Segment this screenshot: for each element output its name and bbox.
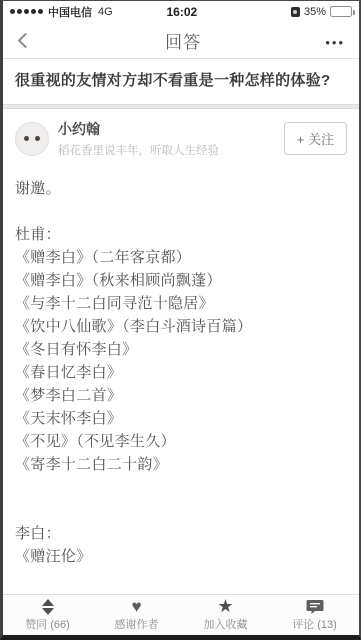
question-section: 很重视的友情对方却不看重是一种怎样的体验? <box>3 59 359 104</box>
status-bar: 中国电信 4G 16:02 35% <box>3 1 359 22</box>
bottom-action-bar: 赞同 (66) ♥ 感谢作者 ★ 加入收藏 评论 (13) <box>3 594 359 635</box>
comment-bubble-icon <box>306 598 324 615</box>
answer-line <box>15 499 347 522</box>
question-title[interactable]: 很重视的友情对方却不看重是一种怎样的体验? <box>15 71 347 91</box>
vote-updown-icon <box>42 598 54 615</box>
answer-line <box>15 200 347 223</box>
upvote-button[interactable]: 赞同 (66) <box>3 595 92 635</box>
more-options-button[interactable]: ••• <box>325 32 345 49</box>
back-button[interactable] <box>17 28 41 52</box>
chevron-left-icon <box>18 32 34 48</box>
signal-strength-icon <box>10 9 43 14</box>
answer-line: 谢邀。 <box>15 177 347 200</box>
answer-line: 《冬日有怀李白》 <box>15 338 347 361</box>
author-row: 小约翰 稻花香里说丰年，听取人生经验 + 关注 <box>3 109 359 167</box>
answer-line <box>15 476 347 499</box>
page-title: 回答 <box>165 28 201 53</box>
comments-label: 评论 (13) <box>292 616 337 632</box>
answer-line: 《赠李白》（二年客京都） <box>15 246 347 269</box>
orientation-lock-icon <box>291 7 300 17</box>
answer-line: 《春日忆李白》 <box>15 361 347 384</box>
nav-bar: 回答 ••• <box>3 22 359 59</box>
answer-body: 谢邀。杜甫：《赠李白》（二年客京都）《赠李白》（秋来相顾尚飘蓬）《与李十二白同寻… <box>3 167 359 594</box>
answer-line: 《与李十二白同寻范十隐居》 <box>15 292 347 315</box>
answer-line: 《天末怀李白》 <box>15 407 347 430</box>
upvote-label: 赞同 (66) <box>25 616 70 632</box>
add-favorite-button[interactable]: ★ 加入收藏 <box>181 595 270 635</box>
comments-button[interactable]: 评论 (13) <box>270 595 359 635</box>
avatar[interactable] <box>15 122 49 156</box>
add-favorite-label: 加入收藏 <box>204 616 248 632</box>
star-icon: ★ <box>217 598 233 615</box>
answer-line: 杜甫： <box>15 223 347 246</box>
thank-author-button[interactable]: ♥ 感谢作者 <box>92 595 181 635</box>
answer-line: 《饮中八仙歌》（李白斗酒诗百篇） <box>15 315 347 338</box>
author-name[interactable]: 小约翰 <box>58 119 284 139</box>
answer-line: 《寄李十二白二十韵》 <box>15 453 347 476</box>
battery-percent-label: 35% <box>304 6 326 18</box>
battery-icon <box>330 6 352 17</box>
answer-line: 李白： <box>15 522 347 545</box>
follow-button[interactable]: + 关注 <box>284 122 347 155</box>
answer-line: 《不见》（不见李生久） <box>15 430 347 453</box>
heart-icon: ♥ <box>131 598 141 615</box>
answer-line: 《赠汪伦》 <box>15 545 347 568</box>
answer-line: 《赠李白》（秋来相顾尚飘蓬） <box>15 269 347 292</box>
author-bio: 稻花香里说丰年，听取人生经验 <box>58 142 284 158</box>
thank-author-label: 感谢作者 <box>115 616 159 632</box>
answer-line: 《梦李白二首》 <box>15 384 347 407</box>
zhihu-answer-screen: 中国电信 4G 16:02 35% 回答 ••• 很重视的友情对方却不看重是一种… <box>0 0 361 640</box>
clock-label: 16:02 <box>73 5 291 19</box>
